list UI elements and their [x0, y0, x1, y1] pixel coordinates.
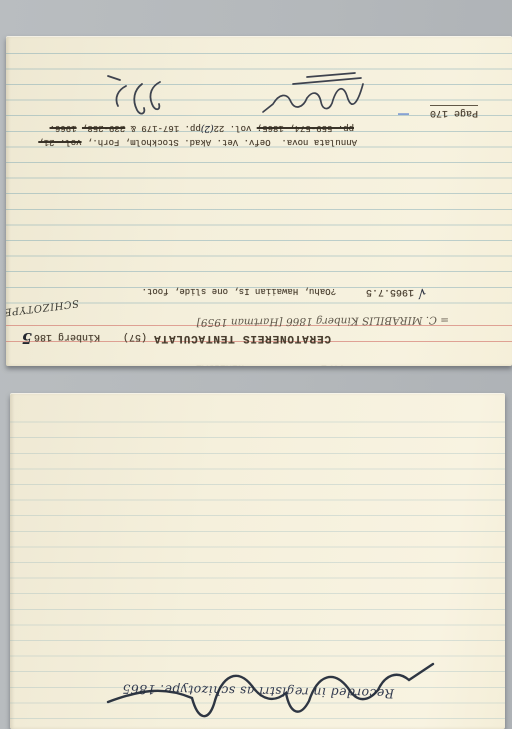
citation-ink-insert: (2): [201, 123, 214, 133]
citation-line-1: Annulata nova. Oefv. Vet. Akad. Stockhol…: [38, 137, 357, 147]
catalog-number: 1965.7.5: [366, 286, 414, 297]
citation-line1-text: Annulata nova. Oefv. Vet. Akad. Stockhol…: [82, 137, 357, 147]
citation-line2-struck2: 239-258,: [82, 123, 125, 133]
ink-scribble-55: [100, 70, 170, 120]
checkmark: √: [418, 286, 427, 301]
clipped-header-fragment-right: NEREIDAE: [196, 362, 244, 366]
schizotype-annotation: SCHIZOTYPE.: [6, 297, 79, 318]
citation-line2-text2: pp. 167-179 &: [125, 123, 201, 133]
scanned-catalog-cards: { "colors": { "background_gray": "#b6bab…: [0, 0, 512, 729]
citation-line-2: pp. 559-574, 1865; vol. 22(2)pp. 167-179…: [50, 123, 354, 133]
citation-line1-struck: vol. 21,: [38, 137, 81, 147]
author-name: Kinberg 186: [34, 331, 100, 342]
wavy-ink-overscribble: [106, 656, 436, 718]
species-name: CERATONEREIS TENTACULATA: [153, 332, 331, 344]
page-reference-wrap: Page 170: [430, 107, 478, 118]
citation-line2-struck1: pp. 559-574, 1865;: [257, 123, 354, 133]
clipped-header-fragment-left: TYPE: [321, 362, 345, 366]
locality-note: ?Oahu, Hawaiian Is, one slide, foot.: [142, 286, 336, 296]
page-reference: Page 170: [430, 105, 478, 118]
citation-line2-text3: [77, 123, 82, 133]
catalog-card-top: TYPE NEREIDAE CERATONEREIS TENTACULATA (…: [6, 36, 512, 366]
citation-line2-struck3: 1966.: [50, 123, 77, 133]
citation-line2-text1: vol. 22: [214, 123, 257, 133]
blue-ink-dash: —: [398, 108, 409, 120]
ink-scribble-signature: [257, 70, 367, 118]
author-correction-ink: 5: [22, 329, 32, 347]
card-number: (57): [123, 331, 147, 342]
card-top-content: TYPE NEREIDAE CERATONEREIS TENTACULATA (…: [6, 36, 512, 366]
synonymy-annotation: = C. MIRABILIS Kinberg 1866 [Hartman 195…: [197, 314, 449, 329]
